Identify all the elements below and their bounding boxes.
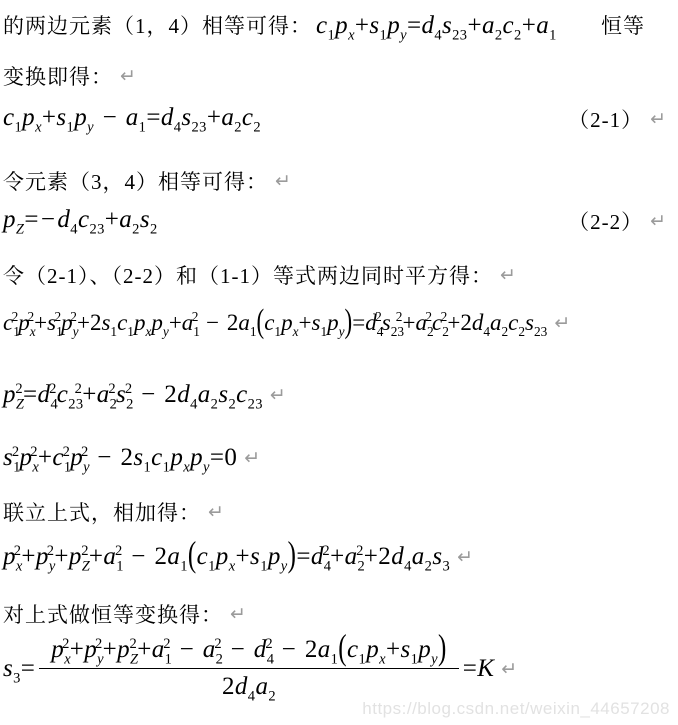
return-mark-icon: ↵	[270, 384, 286, 406]
doc-line-13: s3= px2+py2+pZ2+a12 − a22 − d42 − 2a1(c1…	[3, 636, 678, 701]
return-mark-icon: ↵	[208, 501, 224, 523]
doc-line-6: 令（2-1）、（2-2）和（1-1）等式两边同时平方得： ↵	[3, 260, 678, 290]
return-mark-icon: ↵	[457, 546, 473, 568]
doc-line-8: pZ2=d42c232+a22s22 − 2d4a2s2c23 ↵	[3, 381, 678, 409]
doc-line-1: 的两边元素（1，4）相等可得： c1px+s1py=d4s23+a2c2+a1 …	[3, 10, 678, 40]
fraction-rhs: =K	[463, 655, 495, 683]
return-mark-icon: ↵	[650, 108, 666, 130]
equation-zero-identity: s12px2+c12py2 − 2s1c1pxpy=0	[3, 444, 237, 472]
fraction-denominator: 2d4a2	[222, 669, 276, 701]
return-mark-icon: ↵	[650, 210, 666, 232]
return-mark-icon: ↵	[230, 603, 246, 625]
return-mark-icon: ↵	[244, 447, 260, 469]
doc-line-4: 令元素（3，4）相等可得： ↵	[3, 166, 678, 196]
fraction-lhs: s3=	[3, 655, 35, 683]
equation-combined-sum: px2+py2+pZ2+a12 − 2a1(c1px+s1py)=d42+a22…	[3, 543, 450, 571]
return-mark-icon: ↵	[120, 65, 136, 87]
return-mark-icon: ↵	[501, 658, 517, 680]
doc-line-5: pZ=−d4c23+a2s2 （2-2） ↵	[3, 206, 678, 234]
equation-number: （2-1）	[568, 104, 643, 134]
doc-line-7: c12px2+s12py2+2s1c1pxpy+a12 − 2a1(c1px+s…	[3, 310, 678, 336]
fraction: px2+py2+pZ2+a12 − a22 − d42 − 2a1(c1px+s…	[39, 636, 458, 701]
watermark-url: https://blog.csdn.net/weixin_44657208	[362, 699, 670, 719]
doc-line-9: s12px2+c12py2 − 2s1c1pxpy=0 ↵	[3, 444, 678, 472]
equation-2-1: c1px+s1py − a1=d4s23+a2c2	[3, 104, 261, 132]
equation-number: （2-2）	[568, 206, 643, 236]
return-mark-icon: ↵	[275, 170, 291, 192]
return-mark-icon: ↵	[554, 312, 570, 334]
paragraph-text-wrap: 恒等	[601, 10, 645, 40]
return-mark-icon: ↵	[500, 264, 516, 286]
equation-2-2: pZ=−d4c23+a2s2	[3, 206, 158, 234]
paragraph-text: 令（2-1）、（2-2）和（1-1）等式两边同时平方得：	[3, 260, 493, 290]
paragraph-text: 对上式做恒等变换得：	[3, 599, 223, 629]
document-page: 的两边元素（1，4）相等可得： c1px+s1py=d4s23+a2c2+a1 …	[0, 0, 678, 725]
doc-line-12: 对上式做恒等变换得： ↵	[3, 599, 678, 629]
doc-line-3: c1px+s1py − a1=d4s23+a2c2 （2-1） ↵	[3, 104, 678, 132]
doc-line-2: 变换即得： ↵	[3, 61, 678, 91]
paragraph-text: 的两边元素（1，4）相等可得：	[3, 10, 312, 40]
equation-squared-sum: c12px2+s12py2+2s1c1pxpy+a12 − 2a1(c1px+s…	[3, 310, 547, 336]
paragraph-text: 变换即得：	[3, 61, 113, 91]
equation-pz-squared: pZ2=d42c232+a22s22 − 2d4a2s2c23	[3, 381, 263, 409]
inline-equation: c1px+s1py=d4s23+a2c2+a1	[316, 12, 557, 40]
doc-line-11: px2+py2+pZ2+a12 − 2a1(c1px+s1py)=d42+a22…	[3, 543, 678, 571]
paragraph-text: 令元素（3，4）相等可得：	[3, 166, 268, 196]
paragraph-text: 联立上式，相加得：	[3, 497, 201, 527]
fraction-numerator: px2+py2+pZ2+a12 − a22 − d42 − 2a1(c1px+s…	[39, 636, 458, 669]
doc-line-10: 联立上式，相加得： ↵	[3, 497, 678, 527]
